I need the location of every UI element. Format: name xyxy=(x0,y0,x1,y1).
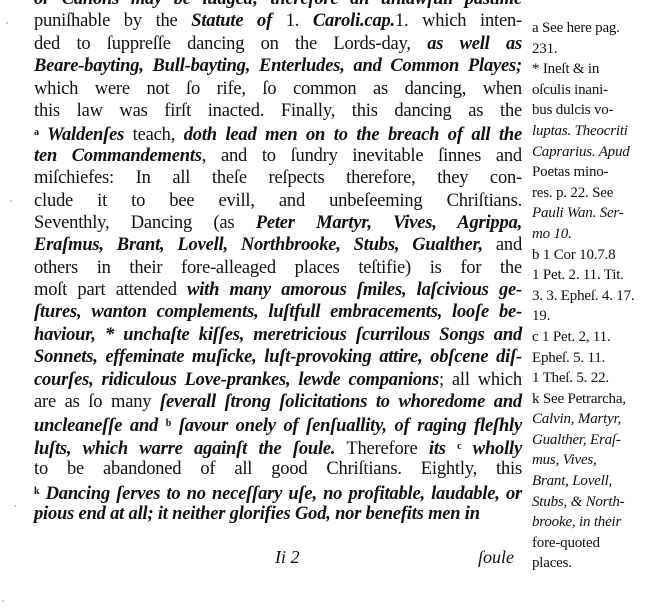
text-run: Sonnets, effeminate muſicke, luſt-provok… xyxy=(34,347,522,367)
text-run: Dancing ſerves to no neceſſary uſe, no p… xyxy=(39,484,522,504)
text-run: doth lead men on to the breach of all th… xyxy=(184,125,522,145)
text-run: this law was firſt inacted. Finally, thi… xyxy=(34,101,522,121)
text-line: others in their fore-alleaged places teſ… xyxy=(34,257,522,279)
text-line: to be abandoned of all good Chriſtians. … xyxy=(34,458,522,480)
text-line: are as ſo many ſeverall ſtrong ſolicitat… xyxy=(34,391,522,413)
margin-note-line: Caprarius. Apud xyxy=(532,142,660,163)
margin-note-line: b 1 Cor 10.7.8 xyxy=(532,245,660,266)
margin-note-line: oſculis inani- xyxy=(532,80,660,101)
text-line: Eraſmus, Brant, Lovell, Northbrooke, Stu… xyxy=(34,234,522,256)
text-run: or Canons may be iudged; therefore an un… xyxy=(34,0,522,9)
margin-note-line: 231. xyxy=(532,39,660,60)
text-run: are as ſo many xyxy=(34,392,160,412)
text-run: its xyxy=(429,439,457,459)
text-line: a Waldenſes teach, doth lead men on to t… xyxy=(34,122,522,144)
text-line: Beare-bayting, Bull-bayting, Enterludes,… xyxy=(34,55,522,77)
text-line: Seventhly, Dancing (as Peter Martyr, Viv… xyxy=(34,212,522,234)
text-run: 1. xyxy=(286,11,313,31)
text-run: ; all which xyxy=(439,370,522,390)
margin-note-line: places. xyxy=(532,553,660,574)
signature-mark: Ii 2 xyxy=(275,545,300,569)
text-line: this law was firſt inacted. Finally, thi… xyxy=(34,100,522,122)
text-run: others in their fore-alleaged places teſ… xyxy=(34,258,522,278)
text-line: puniſhable by the Statute of 1. Caroli.c… xyxy=(34,10,522,32)
text-line: pious end at all; it neither glorifies G… xyxy=(34,503,522,525)
text-run: Beare-bayting, Bull-bayting, Enterludes,… xyxy=(34,56,522,76)
text-run: haviour, * unchaſte kiſſes, meretricious… xyxy=(34,325,522,345)
text-run: Caroli.cap. xyxy=(313,11,395,31)
text-run: teach, xyxy=(124,125,184,145)
text-line: Sonnets, effeminate muſicke, luſt-provok… xyxy=(34,346,522,368)
text-run: Waldenſes xyxy=(39,125,124,145)
margin-note-line: Stubs, & North- xyxy=(532,492,660,513)
margin-note-line: res. p. 22. See xyxy=(532,183,660,204)
text-line: haviour, * unchaſte kiſſes, meretricious… xyxy=(34,324,522,346)
text-run: 1. which inten- xyxy=(395,11,522,31)
scan-speck xyxy=(6,22,8,24)
text-line: k Dancing ſerves to no neceſſary uſe, no… xyxy=(34,481,522,503)
margin-note-line: Gualther, Eraſ- xyxy=(532,430,660,451)
text-run: ſeverall ſtrong ſolicitations to whoredo… xyxy=(160,392,522,412)
text-run: which were not ſo rife, ſo common as dan… xyxy=(34,79,522,99)
text-line: courſes, ridiculous Love-prankes, lewde … xyxy=(34,369,522,391)
text-run: Statute of xyxy=(191,11,285,31)
text-run: Therefore xyxy=(335,439,429,459)
margin-note-line: luptas. Theocriti xyxy=(532,121,660,142)
text-run: ten Commandements xyxy=(34,146,202,166)
text-run: and xyxy=(483,235,522,255)
margin-note-line: Poetas mino- xyxy=(532,162,660,183)
scan-speck xyxy=(2,600,4,602)
margin-note-line: k See Petrarcha, xyxy=(532,389,660,410)
text-line: clude it to bee evill, and unbeſeeming C… xyxy=(34,190,522,212)
text-line: luſts, which warre againſt the ſoule. Th… xyxy=(34,436,522,458)
text-run: luſts, which warre againſt the ſoule. xyxy=(34,439,335,459)
margin-note-line: c 1 Pet. 2, 11. xyxy=(532,327,660,348)
margin-note-line: 1 Pet. 2. 11. Tit. xyxy=(532,265,660,286)
margin-note-line: Calvin, Martyr, xyxy=(532,409,660,430)
scan-speck xyxy=(14,505,16,507)
text-line: which were not ſo rife, ſo common as dan… xyxy=(34,78,522,100)
margin-note-line: 19. xyxy=(532,306,660,327)
margin-note-line: bus dulcis vo- xyxy=(532,100,660,121)
text-run: Eraſmus, Brant, Lovell, Northbrooke, Stu… xyxy=(34,235,483,255)
text-run: wholly xyxy=(461,439,522,459)
text-run: as well as xyxy=(427,34,522,54)
margin-note-line: * Ineſt & in xyxy=(532,59,660,80)
text-line: uncleaneſſe and b ſavour onely of ſenſua… xyxy=(34,413,522,435)
text-run: to be abandoned of all good Chriſtians. … xyxy=(34,459,522,479)
margin-note-line: fore-quoted xyxy=(532,533,660,554)
text-line: ten Commandements, and to ſundry inevita… xyxy=(34,145,522,167)
text-run: Seventhly, Dancing (as xyxy=(34,213,256,233)
text-run: moſt part attended xyxy=(34,280,187,300)
text-line: ded to ſuppreſſe dancing on the Lords-da… xyxy=(34,33,522,55)
catchword: ſoule xyxy=(478,545,514,569)
margin-note-line: a See here pag. xyxy=(532,18,660,39)
margin-note-line: 3. 3. Epheſ. 4. 17. xyxy=(532,286,660,307)
margin-note-line: mus, Vives, xyxy=(532,450,660,471)
scanned-book-page: or Canons may be iudged; therefore an un… xyxy=(0,0,662,616)
text-run: Peter Martyr, Vives, Agrippa, xyxy=(256,213,522,233)
margin-note-line: Pauli Wan. Ser- xyxy=(532,203,660,224)
text-run: pious end at all; it neither glorifies G… xyxy=(34,504,480,524)
scan-speck xyxy=(10,200,12,202)
margin-note-line: mo 10. xyxy=(532,224,660,245)
main-text-column: or Canons may be iudged; therefore an un… xyxy=(34,0,522,525)
text-run: with many amorous ſmiles, laſcivious ge- xyxy=(187,280,522,300)
text-run: , and to ſundry inevitable ſinnes and xyxy=(202,146,522,166)
text-run: clude it to bee evill, and unbeſeeming C… xyxy=(34,191,522,211)
margin-note-line: Epheſ. 5. 11. xyxy=(532,348,660,369)
margin-note-line: brooke, in their xyxy=(532,512,660,533)
text-line: miſchiefes: In all theſe reſpects theref… xyxy=(34,167,522,189)
text-run: miſchiefes: In all theſe reſpects theref… xyxy=(34,168,522,188)
text-line: moſt part attended with many amorous ſmi… xyxy=(34,279,522,301)
margin-note-line: 1 Theſ. 5. 22. xyxy=(532,368,660,389)
text-run: ſavour onely of ſenſuallity, of raging f… xyxy=(171,416,522,436)
text-run: courſes, ridiculous Love-prankes, lewde … xyxy=(34,370,439,390)
text-line: or Canons may be iudged; therefore an un… xyxy=(34,0,522,10)
text-run: uncleaneſſe and xyxy=(34,416,166,436)
margin-note-line: Brant, Lovell, xyxy=(532,471,660,492)
text-run: ſtures, wanton complements, luſtfull emb… xyxy=(34,302,522,322)
marginal-notes-column: a See here pag.231.* Ineſt & inoſculis i… xyxy=(532,18,660,574)
text-line: ſtures, wanton complements, luſtfull emb… xyxy=(34,301,522,323)
text-run: puniſhable by the xyxy=(34,11,191,31)
text-run: ded to ſuppreſſe dancing on the Lords-da… xyxy=(34,34,427,54)
